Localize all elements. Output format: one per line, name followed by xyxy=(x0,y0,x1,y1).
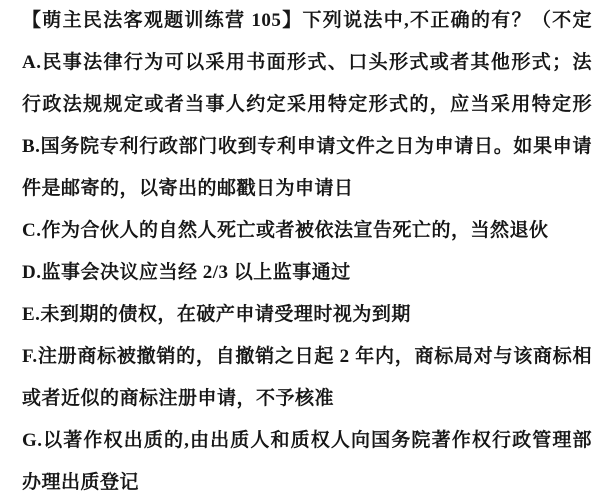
option-a-line-2: 行政法规规定或者当事人约定采用特定形式的，应当采用特定形式。 xyxy=(22,84,592,126)
option-f-line-1: F.注册商标被撤销的，自撤销之日起 2 年内，商标局对与该商标相同 xyxy=(22,336,592,378)
option-g-line-1: G.以著作权出质的,由出质人和质权人向国务院著作权行政管理部门 xyxy=(22,420,592,462)
option-a-line-1: A.民事法律行为可以采用书面形式、口头形式或者其他形式；法律、 xyxy=(22,42,592,84)
option-f-line-2: 或者近似的商标注册申请，不予核准 xyxy=(22,378,592,420)
option-c-line-1: C.作为合伙人的自然人死亡或者被依法宣告死亡的，当然退伙 xyxy=(22,210,592,252)
question-text-block: 【萌主民法客观题训练营 105】下列说法中,不正确的有？（不定项） A.民事法律… xyxy=(22,0,592,504)
question-title: 【萌主民法客观题训练营 105】下列说法中,不正确的有？（不定项） xyxy=(22,0,592,42)
option-g-line-2: 办理出质登记 xyxy=(22,462,592,504)
question-page: 【萌主民法客观题训练营 105】下列说法中,不正确的有？（不定项） A.民事法律… xyxy=(0,0,612,504)
option-e-line-1: E.未到期的债权，在破产申请受理时视为到期 xyxy=(22,294,592,336)
option-b-line-1: B.国务院专利行政部门收到专利申请文件之日为申请日。如果申请文 xyxy=(22,126,592,168)
option-d-line-1: D.监事会决议应当经 2/3 以上监事通过 xyxy=(22,252,592,294)
option-b-line-2: 件是邮寄的，以寄出的邮戳日为申请日 xyxy=(22,168,592,210)
